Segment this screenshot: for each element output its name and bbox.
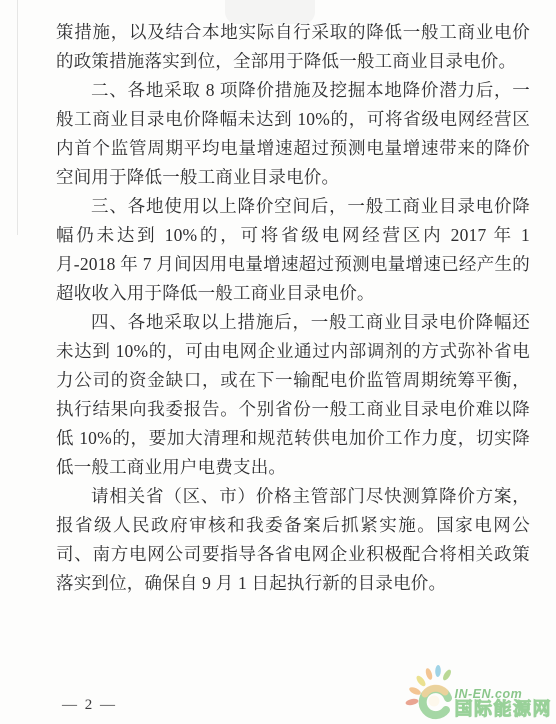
- paragraph-continuation: 策措施，以及结合本地实际自行采取的降低一般工商业电价的政策措施落实到位，全部用于…: [56, 18, 530, 76]
- in-en-watermark: IN-EN.com 国际能源网: [405, 656, 553, 724]
- document-page: 策措施，以及结合本地实际自行采取的降低一般工商业电价的政策措施落实到位，全部用于…: [0, 0, 556, 724]
- paragraph-item-2: 二、各地采取 8 项降价措施及挖掘本地降价潜力后，一般工商业目录电价降幅未达到 …: [56, 76, 530, 192]
- paragraph-item-3: 三、各地使用以上降价空间后，一般工商业目录电价降幅仍未达到 10%的，可将省级电…: [56, 192, 530, 308]
- flower-swirl-icon: [405, 656, 461, 724]
- page-number: — 2 —: [62, 697, 117, 714]
- watermark-site-name: 国际能源网: [455, 700, 553, 718]
- watermark-brand-label: IN-EN.com: [455, 688, 553, 701]
- paragraph-item-4: 四、各地采取以上措施后，一般工商业目录电价降幅还未达到 10%的，可由电网企业通…: [56, 308, 530, 482]
- paragraph-closing: 请相关省（区、市）价格主管部门尽快测算降价方案，报省级人民政府审核和我委备案后抓…: [56, 482, 530, 598]
- scan-edge-artifact: [17, 0, 18, 235]
- document-body: 策措施，以及结合本地实际自行采取的降低一般工商业电价的政策措施落实到位，全部用于…: [56, 18, 530, 598]
- watermark-text-block: IN-EN.com 国际能源网: [455, 688, 553, 724]
